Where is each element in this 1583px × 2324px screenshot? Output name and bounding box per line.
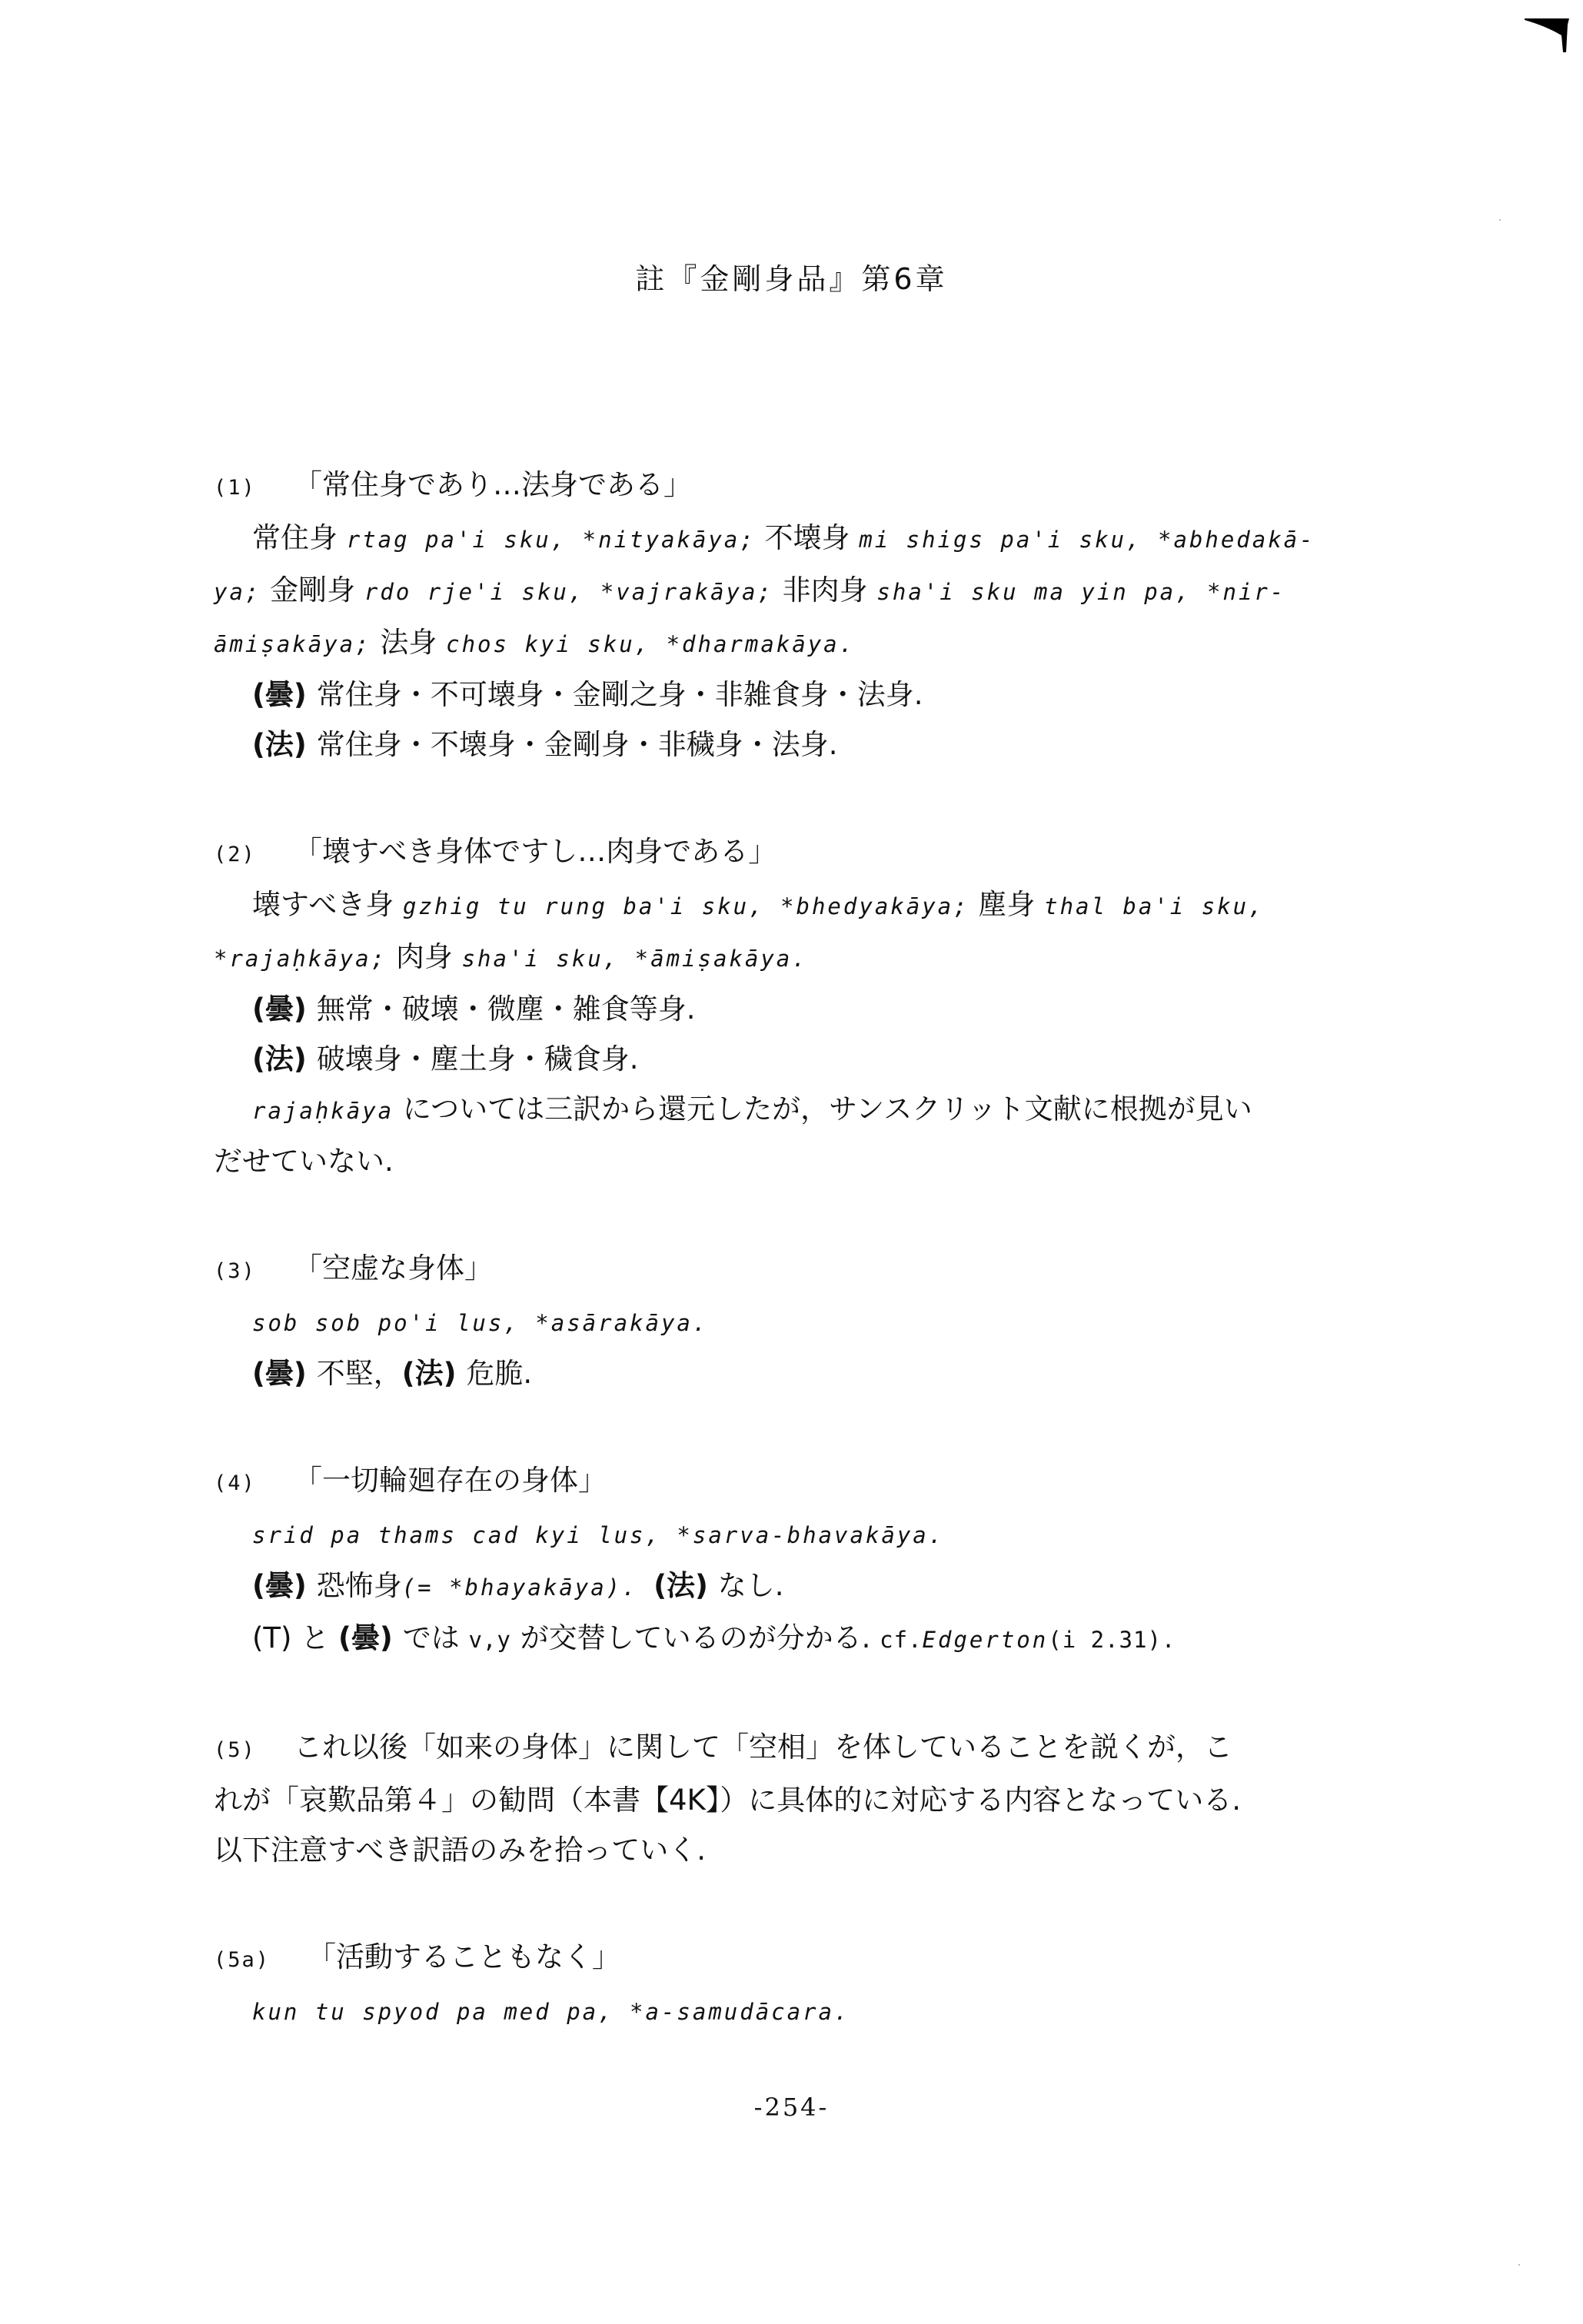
note-heading-text: 「一切輪廻存在の身体」 [294,1464,607,1497]
note-heading: (5a)「活動することもなく」 [214,1932,1428,1985]
note-heading: (5)これ以後「如来の身体」に関して「空相」を体していることを説くが，こ [214,1722,1428,1775]
body-text: 肉身 [387,940,462,973]
source-label: (法) [402,1357,467,1390]
transliteration-text: thal ba'i sku, [1044,893,1264,919]
source-label: (曇) [338,1621,403,1654]
page-corner-mark-icon [1523,17,1569,54]
body-text: 恐怖身 [317,1569,402,1602]
body-text: 無常・破壊・微塵・雑食等身. [317,992,696,1026]
transliteration-text: sob sob po'i lus, *asārakāya. [252,1310,708,1336]
note-number: (3) [214,1246,294,1296]
note-line: だせていない. [214,1136,1428,1186]
transliteration-text: rtag pa'i sku, *nityakāya; [347,527,756,553]
note-line: āmiṣakāya; 法身 chos kyi sku, *dharmakāya. [214,617,1428,670]
notes-body: (1)「常住身であり…法身である」常住身 rtag pa'i sku, *nit… [214,460,1428,2037]
note-line: sob sob po'i lus, *asārakāya. [214,1296,1428,1348]
transliteration-text: sha'i sku ma yin pa, *nir- [876,579,1285,605]
note-line: (法) 破壊身・塵土身・穢食身. [214,1034,1428,1084]
note-number: (5a) [214,1935,308,1985]
note-heading: (3)「空虚な身体」 [214,1243,1428,1296]
note-line: rajaḥkāya については三訳から還元したが，サンスクリット文献に根拠が見い [214,1084,1428,1136]
body-text: cf. [880,1627,922,1653]
body-text: 法身 [371,626,447,659]
body-text: 破壊身・塵土身・穢食身. [317,1042,639,1076]
note-line: 壊すべき身 gzhig tu rung ba'i sku, *bhedyakāy… [214,879,1428,932]
note-number: (1) [214,463,294,513]
body-text: 常住身・不可壊身・金剛之身・非雑食身・法身. [317,678,923,711]
body-text: れが「哀歎品第４」の勧問（本書【4K】）に具体的に対応する内容となっている. [214,1784,1241,1817]
source-label: (法) [252,1042,317,1076]
note-section: (5a)「活動することもなく」kun tu spyod pa med pa, *… [214,1932,1428,2037]
source-label: (曇) [252,678,317,711]
transliteration-text: āmiṣakāya; [214,631,371,657]
transliteration-text: mi shigs pa'i sku, *abhedakā- [859,527,1315,553]
note-line: ya; 金剛身 rdo rje'i sku, *vajrakāya; 非肉身 s… [214,565,1428,617]
transliteration-text: *rajaḥkāya; [214,946,387,972]
note-heading: (4)「一切輪廻存在の身体」 [214,1455,1428,1508]
transliteration-text: srid pa thams cad kyi lus, *sarva-bhavak… [252,1522,944,1548]
transliteration-text: chos kyi sku, *dharmakāya. [446,631,855,657]
body-text: 常住身・不壊身・金剛身・非穢身・法身. [317,728,838,761]
note-heading-text: 「常住身であり…法身である」 [294,468,692,501]
note-heading-text: これ以後「如来の身体」に関して「空相」を体していることを説くが，こ [294,1731,1232,1764]
source-label: (法) [252,728,317,761]
note-line: (曇) 不堅，(法) 危脆. [214,1348,1428,1398]
transliteration-text: Edgerton [923,1627,1049,1653]
note-heading-text: 「活動することもなく」 [308,1940,620,1973]
body-text: 以下注意すべき訳語のみを拾っていく. [214,1834,706,1867]
body-text: 壊すべき身 [252,888,403,921]
page-title: 註『金剛身品』第6章 [0,255,1583,298]
body-text: では [403,1621,469,1654]
transliteration-text: gzhig tu rung ba'i sku, *bhedyakāya; [403,893,969,919]
note-line: 常住身 rtag pa'i sku, *nityakāya; 不壊身 mi sh… [214,513,1428,565]
note-section: (4)「一切輪廻存在の身体」srid pa thams cad kyi lus,… [214,1455,1428,1665]
body-text: (T) と [252,1621,338,1654]
body-text: 塵身 [969,888,1045,921]
note-line: (法) 常住身・不壊身・金剛身・非穢身・法身. [214,720,1428,770]
note-number: (2) [214,830,294,879]
source-label: (曇) [252,1357,317,1390]
body-text: v,y [468,1627,510,1653]
note-heading: (2)「壊すべき身体ですし…肉身である」 [214,826,1428,879]
scan-speck [1518,2264,1520,2266]
body-text: (i 2.31). [1048,1627,1176,1653]
note-line: (曇) 無常・破壊・微塵・雑食等身. [214,984,1428,1034]
body-text: 常住身 [252,521,347,554]
body-text: 金剛身 [261,574,364,607]
source-label: (法) [653,1569,718,1602]
note-line: 以下注意すべき訳語のみを拾っていく. [214,1825,1428,1875]
body-text: については三訳から還元したが，サンスクリット文献に根拠が見い [394,1092,1252,1125]
note-line: kun tu spyod pa med pa, *a-samudācara. [214,1985,1428,2037]
note-section: (3)「空虚な身体」sob sob po'i lus, *asārakāya.(… [214,1243,1428,1398]
note-number: (5) [214,1725,294,1775]
body-text: 非肉身 [773,574,877,607]
transliteration-text: kun tu spyod pa med pa, *a-samudācara. [252,1999,850,2025]
note-number: (4) [214,1458,294,1508]
note-line: れが「哀歎品第４」の勧問（本書【4K】）に具体的に対応する内容となっている. [214,1775,1428,1825]
note-section: (5)これ以後「如来の身体」に関して「空相」を体していることを説くが，これが「哀… [214,1722,1428,1875]
scan-speck [1499,219,1501,221]
body-text: なし. [718,1569,784,1602]
source-label: (曇) [252,992,317,1026]
body-text: だせていない. [214,1145,394,1178]
note-line: (曇) 常住身・不可壊身・金剛之身・非雑食身・法身. [214,670,1428,720]
note-line: srid pa thams cad kyi lus, *sarva-bhavak… [214,1508,1428,1561]
body-text: 危脆. [466,1357,532,1390]
note-line: (曇) 恐怖身(= *bhayakāya). (法) なし. [214,1561,1428,1613]
note-section: (1)「常住身であり…法身である」常住身 rtag pa'i sku, *nit… [214,460,1428,770]
transliteration-text: ya; [214,579,261,605]
transliteration-text: sha'i sku, *āmiṣakāya. [462,946,808,972]
transliteration-text: (= *bhayakāya). [402,1574,653,1601]
note-line: (T) と (曇) では v,y が交替しているのが分かる. cf.Edgert… [214,1613,1428,1665]
note-section: (2)「壊すべき身体ですし…肉身である」壊すべき身 gzhig tu rung … [214,826,1428,1186]
note-heading-text: 「壊すべき身体ですし…肉身である」 [294,835,777,868]
body-text: 不堅， [317,1357,402,1390]
note-line: *rajaḥkāya; 肉身 sha'i sku, *āmiṣakāya. [214,932,1428,984]
transliteration-text: rdo rje'i sku, *vajrakāya; [364,579,773,605]
page-number: -254- [0,2093,1583,2122]
note-heading-text: 「空虚な身体」 [294,1252,493,1285]
body-text: 不壊身 [756,521,860,554]
body-text: が交替しているのが分かる. [511,1621,880,1654]
source-label: (曇) [252,1569,317,1602]
note-heading: (1)「常住身であり…法身である」 [214,460,1428,513]
transliteration-text: rajaḥkāya [252,1098,394,1124]
